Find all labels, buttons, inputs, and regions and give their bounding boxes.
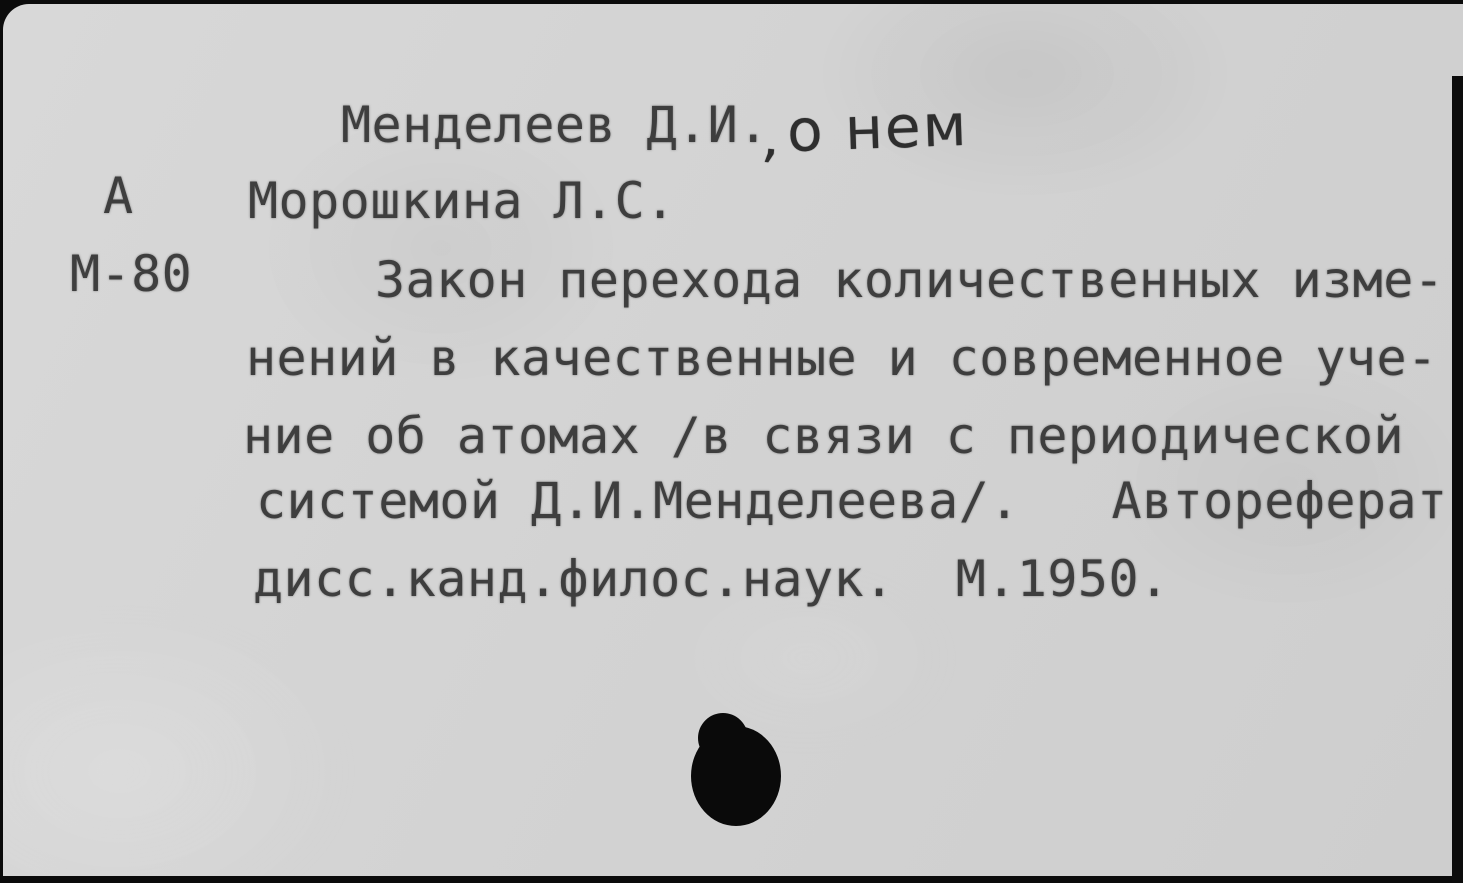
author-name: Морошкина Л.С. [248, 176, 676, 226]
scanned-catalog-card-page: Менделеев Д.И. , о нем А Морошкина Л.С. … [0, 0, 1463, 883]
title-line: нений в качественные и современное уче- [246, 333, 1438, 383]
catalog-card: Менделеев Д.И. , о нем А Морошкина Л.С. … [3, 4, 1463, 876]
title-line: дисс.канд.филос.наук. М.1950. [253, 554, 1170, 604]
title-line: системой Д.И.Менделеева/. Автореферат [256, 476, 1448, 526]
classmark-letter: А [103, 171, 134, 221]
title-line: ние об атомах /в связи с периодической [243, 411, 1404, 461]
scan-edge-right [1452, 76, 1463, 883]
subject-heading: Менделеев Д.И. [341, 100, 769, 150]
handwritten-annotation: о нем [786, 95, 969, 161]
classmark-code: М-80 [70, 249, 192, 299]
title-line: Закон перехода количественных изме- [375, 255, 1444, 305]
hole-punch-mark [679, 704, 795, 834]
